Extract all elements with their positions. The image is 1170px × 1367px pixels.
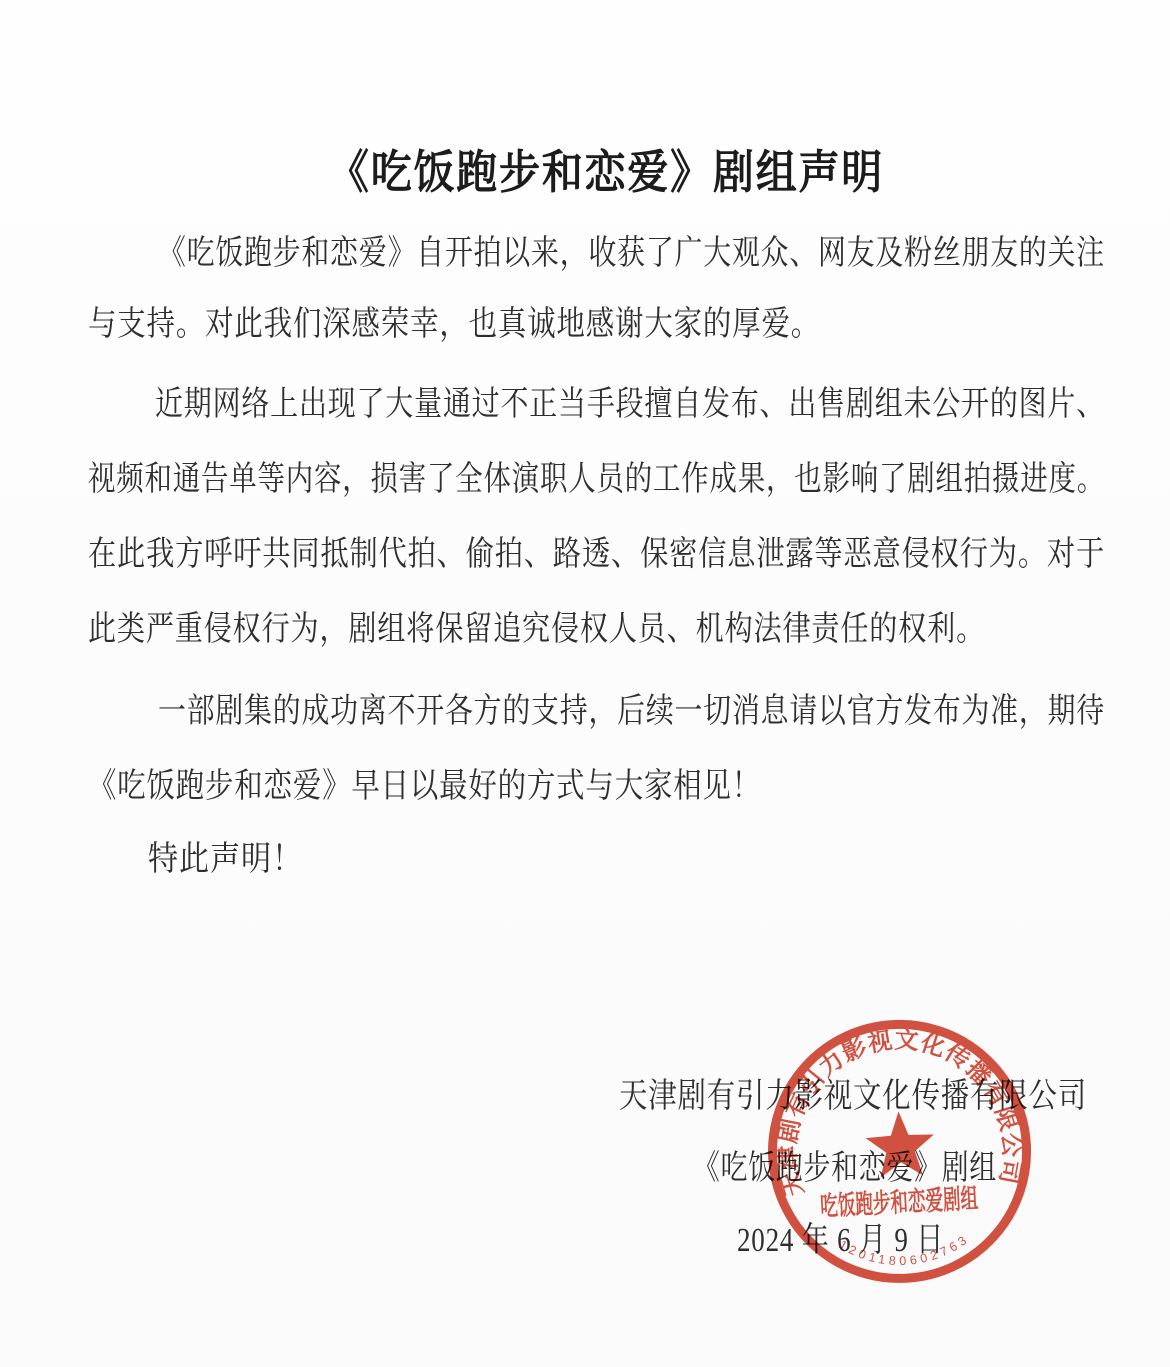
seal-center-text: 吃饭跑步和恋爱剧组 — [819, 1182, 978, 1221]
body-line-3: 近期网络上出现了大量通过不正当手段擅自发布、出售剧组未公开的图片、 — [155, 376, 1105, 425]
body-line-2: 与支持。对此我们深感荣幸，也真诚地感谢大家的厚爱。 — [88, 296, 820, 345]
seal-ring-text: 天津剧有引力影视文化传播有限公司 — [768, 1020, 1026, 1200]
body-line-9: 特此声明！ — [148, 831, 303, 880]
statement-document: 《吃饭跑步和恋爱》剧组声明 《吃饭跑步和恋爱》自开拍以来，收获了广大观众、网友及… — [0, 0, 1170, 1367]
page-title: 《吃饭跑步和恋爱》剧组声明 — [328, 136, 884, 202]
page-title-text: 《吃饭跑步和恋爱》剧组声明 — [328, 136, 884, 202]
body-line-5: 在此我方呼吁共同抵制代拍、偷拍、路透、保密信息泄露等恶意侵权行为。对于 — [88, 526, 1105, 575]
body-line-4: 视频和通告单等内容，损害了全体演职人员的工作成果，也影响了剧组拍摄进度。 — [88, 451, 1105, 500]
body-line-8: 《吃饭跑步和恋爱》早日以最好的方式与大家相见！ — [88, 758, 761, 807]
body-line-1: 《吃饭跑步和恋爱》自开拍以来，收获了广大观众、网友及粉丝朋友的关注 — [158, 225, 1105, 274]
star-icon — [864, 1110, 936, 1179]
body-line-7: 一部剧集的成功离不开各方的支持，后续一切消息请以官方发布为准，期待 — [158, 683, 1105, 732]
body-line-6: 此类严重侵权行为，剧组将保留追究侵权人员、机构法律责任的权利。 — [88, 601, 985, 650]
official-seal: 天津剧有引力影视文化传播有限公司 吃饭跑步和恋爱剧组 1201180602763 — [731, 983, 1084, 1336]
